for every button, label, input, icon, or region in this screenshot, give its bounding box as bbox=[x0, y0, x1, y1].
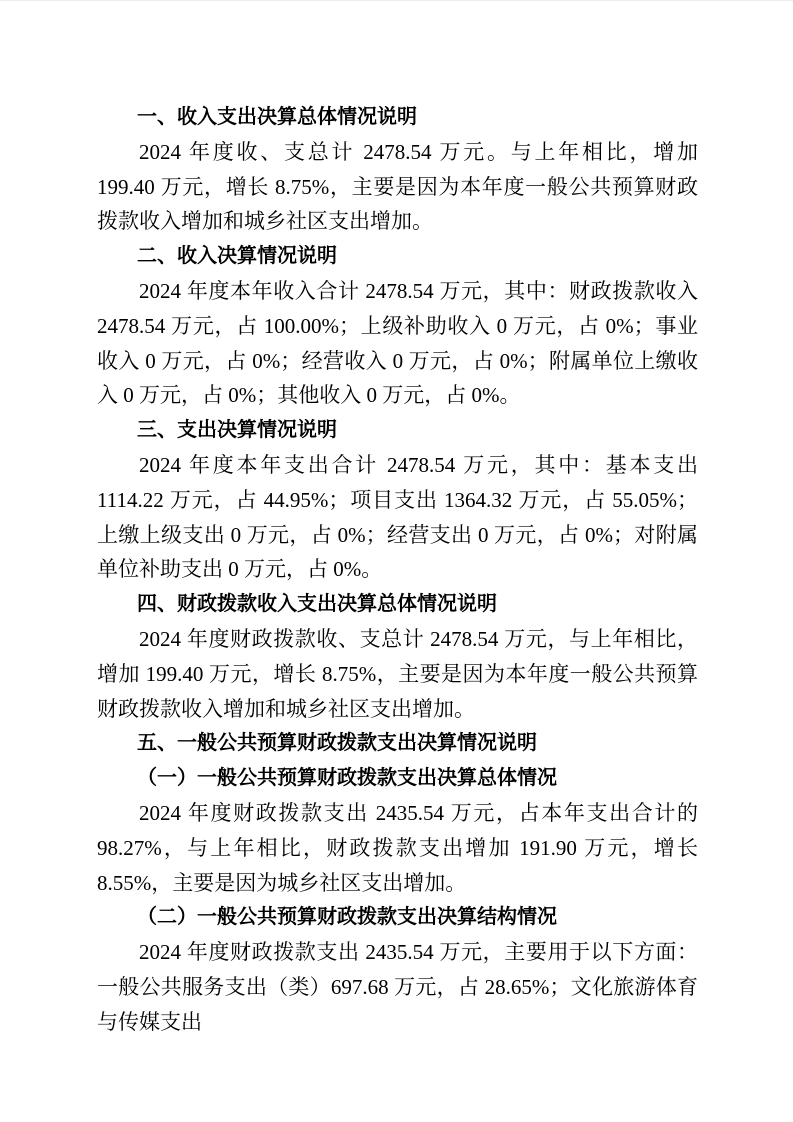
body-paragraph: 2024 年度本年收入合计 2478.54 万元，其中：财政拨款收入 2478.… bbox=[97, 274, 698, 413]
section-heading: 三、支出决算情况说明 bbox=[97, 413, 698, 448]
document-content: 一、收入支出决算总体情况说明2024 年度收、支总计 2478.54 万元。与上… bbox=[97, 100, 698, 1040]
body-paragraph: 2024 年度财政拨款支出 2435.54 万元，占本年支出合计的 98.27%… bbox=[97, 796, 698, 900]
section-heading: 四、财政拨款收入支出决算总体情况说明 bbox=[97, 587, 698, 622]
body-paragraph: 2024 年度财政拨款收、支总计 2478.54 万元，与上年相比，增加 199… bbox=[97, 622, 698, 726]
section-heading: 五、一般公共预算财政拨款支出决算情况说明 bbox=[97, 726, 698, 761]
section-subheading: （一）一般公共预算财政拨款支出决算总体情况 bbox=[97, 761, 698, 796]
section-heading: 一、收入支出决算总体情况说明 bbox=[97, 100, 698, 135]
body-paragraph: 2024 年度本年支出合计 2478.54 万元，其中：基本支出 1114.22… bbox=[97, 448, 698, 587]
section-heading: 二、收入决算情况说明 bbox=[97, 239, 698, 274]
body-paragraph: 2024 年度收、支总计 2478.54 万元。与上年相比，增加 199.40 … bbox=[97, 135, 698, 239]
section-subheading: （二）一般公共预算财政拨款支出决算结构情况 bbox=[97, 900, 698, 935]
document-page: 一、收入支出决算总体情况说明2024 年度收、支总计 2478.54 万元。与上… bbox=[0, 0, 793, 1122]
body-paragraph: 2024 年度财政拨款支出 2435.54 万元，主要用于以下方面：一般公共服务… bbox=[97, 935, 698, 1039]
